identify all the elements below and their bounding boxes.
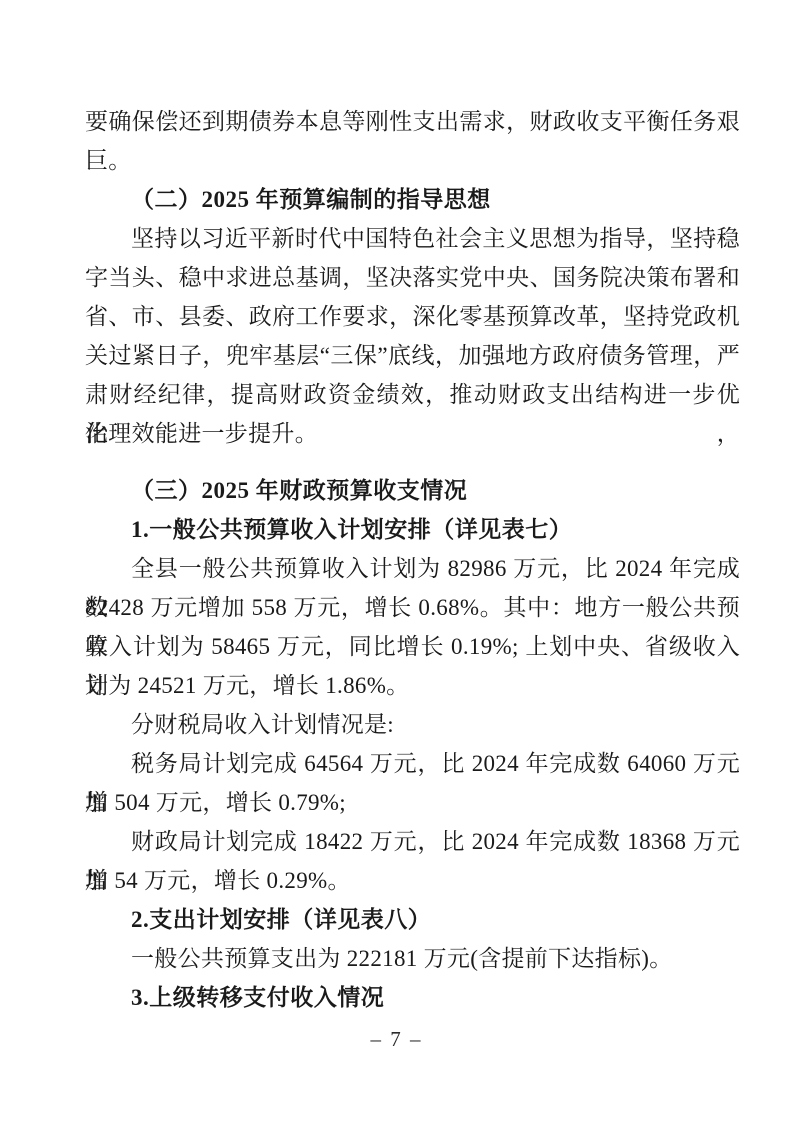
text-line: 全县一般公共预算收入计划为 82986 万元，比 2024 年完成数	[85, 549, 740, 588]
section-heading: 1.一般公共预算收入计划安排（详见表七）	[85, 510, 740, 549]
section-heading: （三）2025 年财政预算收支情况	[85, 471, 740, 510]
section-heading: （二）2025 年预算编制的指导思想	[85, 180, 740, 219]
section-heading: 2.支出计划安排（详见表八）	[85, 900, 740, 939]
text-line: 加 504 万元，增长 0.79%;	[85, 783, 740, 822]
text-line: 关过紧日子，兜牢基层“三保”底线，加强地方政府债务管理，严	[85, 336, 740, 375]
text-line: 分财税局收入计划情况是:	[85, 705, 740, 744]
text-line: 字当头、稳中求进总基调，坚决落实党中央、国务院决策布署和	[85, 258, 740, 297]
page-body: 要确保偿还到期债券本息等刚性支出需求，财政收支平衡任务艰巨。（二）2025 年预…	[85, 102, 740, 1017]
text-line: 财政局计划完成 18422 万元，比 2024 年完成数 18368 万元增	[85, 822, 740, 861]
section-heading: 3.上级转移支付收入情况	[85, 978, 740, 1017]
text-line: 收入计划为 58465 万元，同比增长 0.19%; 上划中央、省级收入计	[85, 627, 740, 666]
text-line: 税务局计划完成 64564 万元，比 2024 年完成数 64060 万元增	[85, 744, 740, 783]
text-line: 一般公共预算支出为 222181 万元(含提前下达指标)。	[85, 939, 740, 978]
text-line: 要确保偿还到期债券本息等刚性支出需求，财政收支平衡任务艰	[85, 102, 740, 141]
page-number: – 7 –	[0, 1026, 793, 1052]
text-line: 省、市、县委、政府工作要求，深化零基预算改革，坚持党政机	[85, 297, 740, 336]
text-line: 82428 万元增加 558 万元，增长 0.68%。其中：地方一般公共预算	[85, 588, 740, 627]
text-line: 肃财经纪律，提高财政资金绩效，推动财政支出结构进一步优化，	[85, 375, 740, 414]
text-line: 加 54 万元，增长 0.29%。	[85, 861, 740, 900]
document-page: 要确保偿还到期债券本息等刚性支出需求，财政收支平衡任务艰巨。（二）2025 年预…	[0, 0, 793, 1122]
text-line: 坚持以习近平新时代中国特色社会主义思想为指导，坚持稳	[85, 219, 740, 258]
text-line: 巨。	[85, 141, 740, 180]
text-line: 划为 24521 万元，增长 1.86%。	[85, 666, 740, 705]
